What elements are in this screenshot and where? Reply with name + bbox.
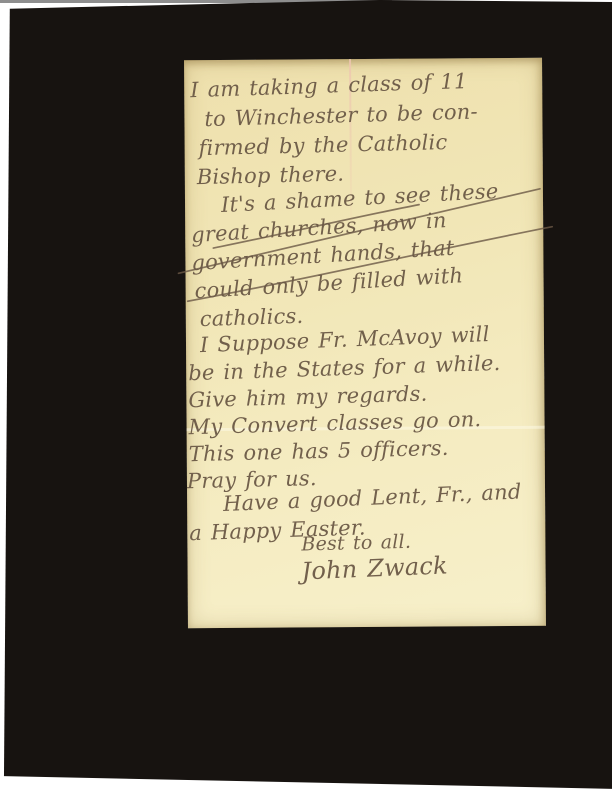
scanned-page: I am taking a class of 11 to Winchester … xyxy=(0,0,612,792)
letter-paper: I am taking a class of 11 to Winchester … xyxy=(184,58,546,628)
letter-line: This one has 5 officers. xyxy=(188,436,448,466)
letter-line: My Convert classes go on. xyxy=(188,407,481,439)
letter-line: to Winchester to be con- xyxy=(204,99,478,131)
letter-line: be in the States for a while. xyxy=(188,351,501,385)
letter-line: Best to all. xyxy=(301,531,411,556)
letter-line-crossed: catholics. xyxy=(199,304,303,331)
letter-line: I am taking a class of 11 xyxy=(190,69,468,102)
letter-line: Give him my regards. xyxy=(188,382,428,413)
signature-line: John Zwack xyxy=(301,551,448,585)
letter-line: Bishop there. xyxy=(197,162,345,190)
letter-line: firmed by the Catholic xyxy=(198,130,447,160)
